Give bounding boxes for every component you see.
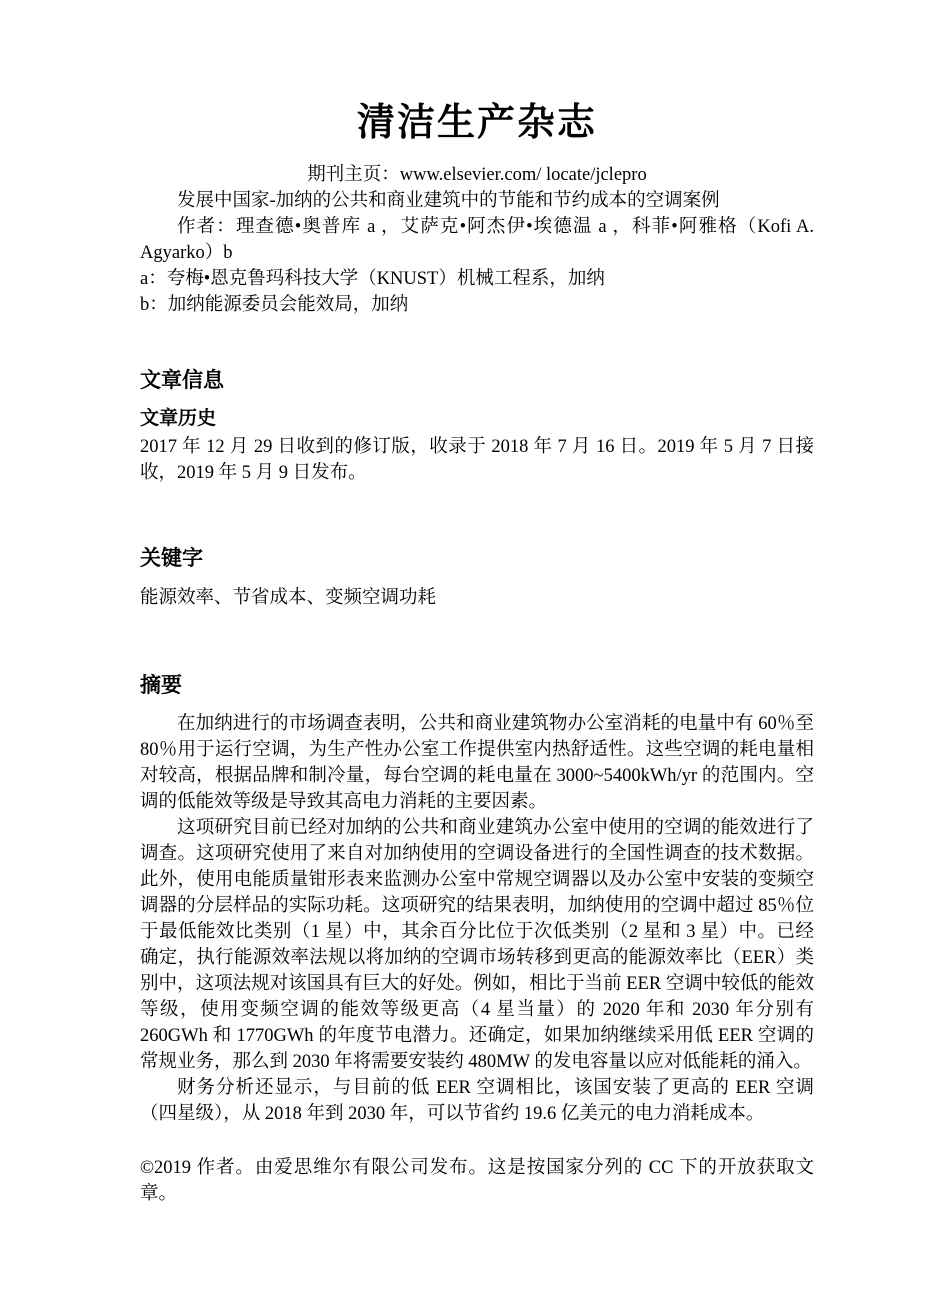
copyright-line: ©2019 作者。由爱思维尔有限公司发布。这是按国家分列的 CC 下的开放获取文…: [140, 1155, 814, 1207]
journal-homepage-line: 期刊主页：www.elsevier.com/ locate/jclepro: [140, 162, 814, 188]
section-heading-article-info: 文章信息: [140, 368, 814, 393]
abstract-paragraph: 这项研究目前已经对加纳的公共和商业建筑办公室中使用的空调的能效进行了调查。这项研…: [140, 815, 814, 1075]
abstract-paragraph: 财务分析还显示，与目前的低 EER 空调相比，该国安装了更高的 EER 空调（四…: [140, 1075, 814, 1127]
article-title: 发展中国家-加纳的公共和商业建筑中的节能和节约成本的空调案例: [140, 188, 814, 214]
affiliation-b: b：加纳能源委员会能效局，加纳: [140, 292, 814, 318]
document-page: 清洁生产杂志 期刊主页：www.elsevier.com/ locate/jcl…: [0, 0, 926, 1309]
section-heading-abstract: 摘要: [140, 673, 814, 698]
article-history-text: 2017 年 12 月 29 日收到的修订版，收录于 2018 年 7 月 16…: [140, 434, 814, 486]
article-history-heading: 文章历史: [140, 407, 814, 431]
section-heading-keywords: 关键字: [140, 546, 814, 571]
journal-title: 清洁生产杂志: [140, 100, 814, 148]
authors-line: 作者：理查德•奥普库 a ，艾萨克•阿杰伊•埃德温 a ，科菲•阿雅格（Kofi…: [140, 214, 814, 266]
abstract-paragraph: 在加纳进行的市场调查表明，公共和商业建筑物办公室消耗的电量中有 60％至 80％…: [140, 711, 814, 815]
keywords-text: 能源效率、节省成本、变频空调功耗: [140, 585, 814, 611]
affiliation-a: a：夸梅•恩克鲁玛科技大学（KNUST）机械工程系，加纳: [140, 266, 814, 292]
